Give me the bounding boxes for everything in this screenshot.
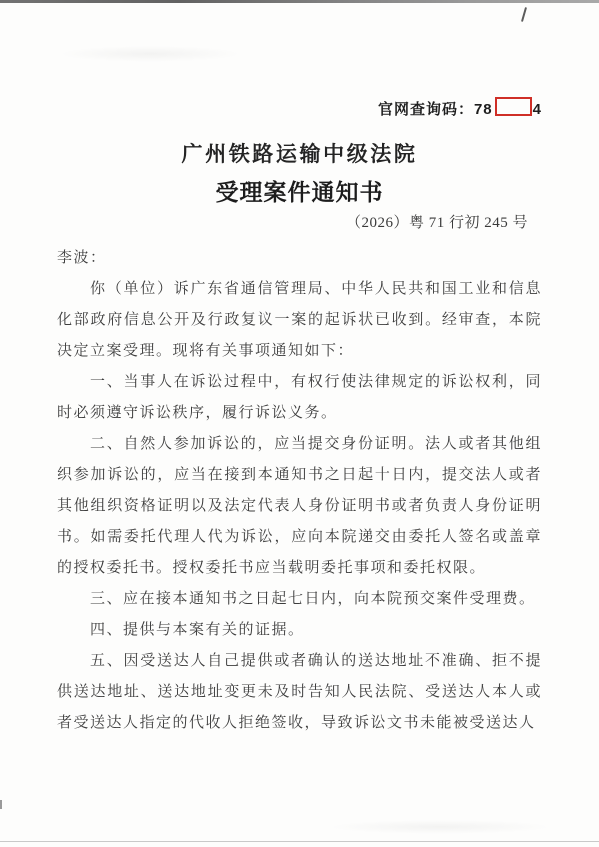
document-title: 受理案件通知书 bbox=[57, 177, 542, 209]
query-code-suffix: 4 bbox=[533, 101, 542, 118]
document-body: 你（单位）诉广东省通信管理局、中华人民共和国工业和信息化部政府信息公开及行政复议… bbox=[57, 274, 542, 739]
paragraph-item-2: 二、自然人参加诉讼的，应当提交身份证明。法人或者其他组织参加诉讼的，应当在接到本… bbox=[57, 429, 542, 584]
scan-edge-artifact bbox=[0, 841, 599, 842]
document-content: 官网查询码：784 广州铁路运输中级法院 受理案件通知书 （2026）粤 71 … bbox=[0, 0, 599, 739]
recipient-name: 李波： bbox=[57, 243, 542, 274]
scan-smudge bbox=[60, 46, 240, 62]
query-code-prefix: 78 bbox=[474, 101, 493, 118]
query-code-label: 官网查询码： bbox=[378, 101, 474, 118]
scan-edge-artifact bbox=[0, 800, 2, 809]
court-name: 广州铁路运输中级法院 bbox=[57, 139, 542, 169]
scan-smudge bbox=[330, 820, 550, 834]
paragraph-item-3: 三、应在接本通知书之日起七日内，向本院预交案件受理费。 bbox=[57, 584, 542, 615]
scan-edge-artifact bbox=[0, 0, 599, 3]
paragraph-item-5: 五、因受送达人自己提供或者确认的送达地址不准确、拒不提供送达地址、送达地址变更未… bbox=[57, 646, 542, 739]
query-code-line: 官网查询码：784 bbox=[57, 97, 542, 119]
case-number: （2026）粤 71 行初 245 号 bbox=[57, 212, 542, 234]
paragraph-intro: 你（单位）诉广东省通信管理局、中华人民共和国工业和信息化部政府信息公开及行政复议… bbox=[57, 274, 542, 367]
redaction-box bbox=[495, 97, 532, 116]
scanned-document-page: 官网查询码：784 广州铁路运输中级法院 受理案件通知书 （2026）粤 71 … bbox=[0, 0, 599, 847]
paragraph-item-1: 一、当事人在诉讼过程中，有权行使法律规定的诉讼权利，同时必须遵守诉讼秩序，履行诉… bbox=[57, 367, 542, 429]
paragraph-item-4: 四、提供与本案有关的证据。 bbox=[57, 615, 542, 646]
